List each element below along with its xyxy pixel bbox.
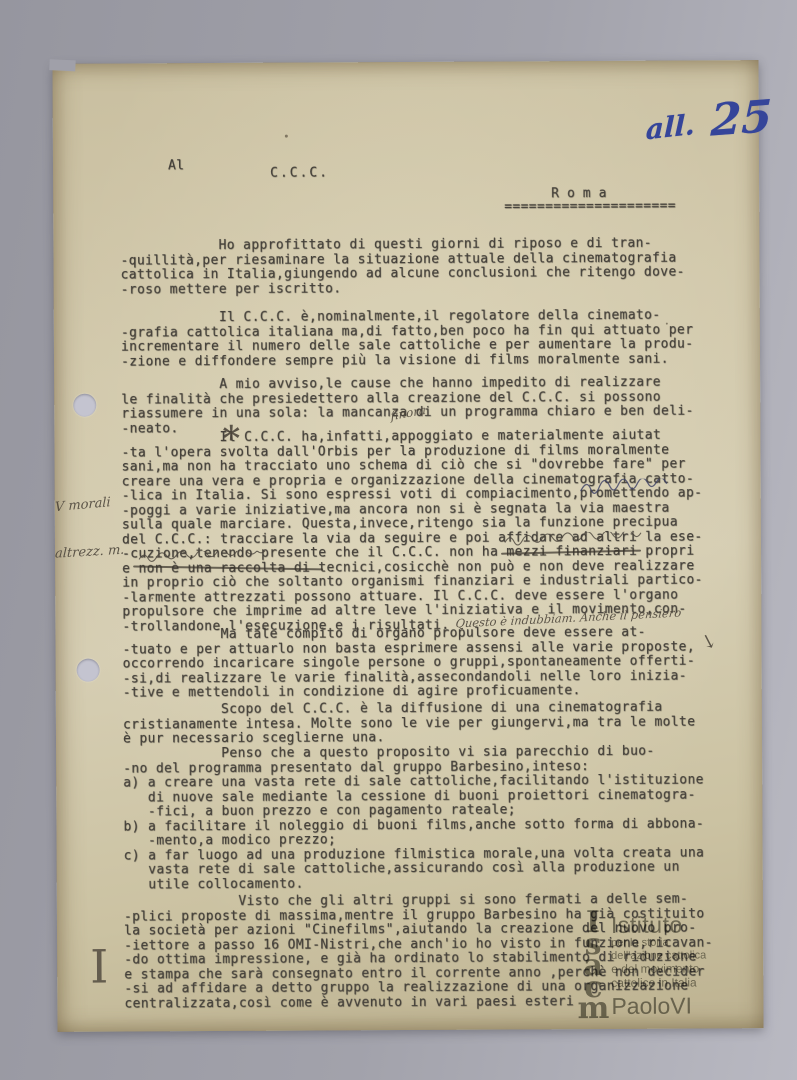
bracket-mark: I (90, 940, 108, 994)
star-mark-icon: * (222, 419, 240, 459)
arrow-mark-icon: ↘ (698, 629, 720, 655)
scanner-background: Al C.C.C. Roma ===================== Ho … (0, 0, 797, 1080)
archive-watermark: I s a c m Istituto per la storia dell'az… (575, 911, 776, 1020)
paragraph-5: Ma tale compito di organo propulsore dev… (122, 625, 695, 700)
attachment-label: all. (645, 108, 695, 147)
city-underline: ===================== (504, 200, 676, 215)
paragraph-6: Scopo del C.C.C. è la diffusione di una … (123, 700, 696, 746)
margin-note-altrezz: altrezz. m. (55, 543, 125, 562)
watermark-monogram: I s a c m (575, 912, 612, 1020)
attachment-number: 25 (710, 91, 773, 147)
watermark-subtitle: dell'azione cattolica (611, 949, 775, 962)
paper-torn-notch (49, 59, 75, 71)
watermark-subtitle: cattolico in Italia (611, 975, 775, 990)
dust-speck (285, 135, 288, 138)
punch-hole-bottom (77, 659, 100, 682)
addressee: C.C.C. (270, 166, 329, 181)
paragraph-1: Ho approfittato di questi giorni di ripo… (120, 237, 684, 298)
paragraph-2: Il C.C.C. è,nominalmente,il regolatore d… (121, 309, 694, 370)
watermark-name: PaoloVI (611, 992, 775, 1019)
watermark-text: Istituto per la storia dell'azione catto… (611, 911, 776, 1019)
watermark-title: Istituto (611, 912, 775, 937)
watermark-subtitle: e del movimento (611, 961, 775, 976)
addressee-prefix: Al (168, 159, 184, 174)
list-abc: a) a creare una vasta rete di sale catto… (123, 773, 704, 892)
handwritten-scribble-raccolta (137, 551, 282, 564)
paragraph-7: Penso che a questo proposito vi sia pare… (123, 745, 655, 777)
punch-hole-top (73, 394, 96, 417)
handwritten-scribble-mezzi (503, 532, 653, 547)
margin-note-morali: V morali (55, 495, 111, 515)
handwritten-scribble-overwrite (579, 479, 679, 498)
monogram-letter: m (575, 998, 611, 1020)
document-page: Al C.C.C. Roma ===================== Ho … (52, 60, 763, 1032)
watermark-subtitle: per la storia (611, 936, 775, 949)
